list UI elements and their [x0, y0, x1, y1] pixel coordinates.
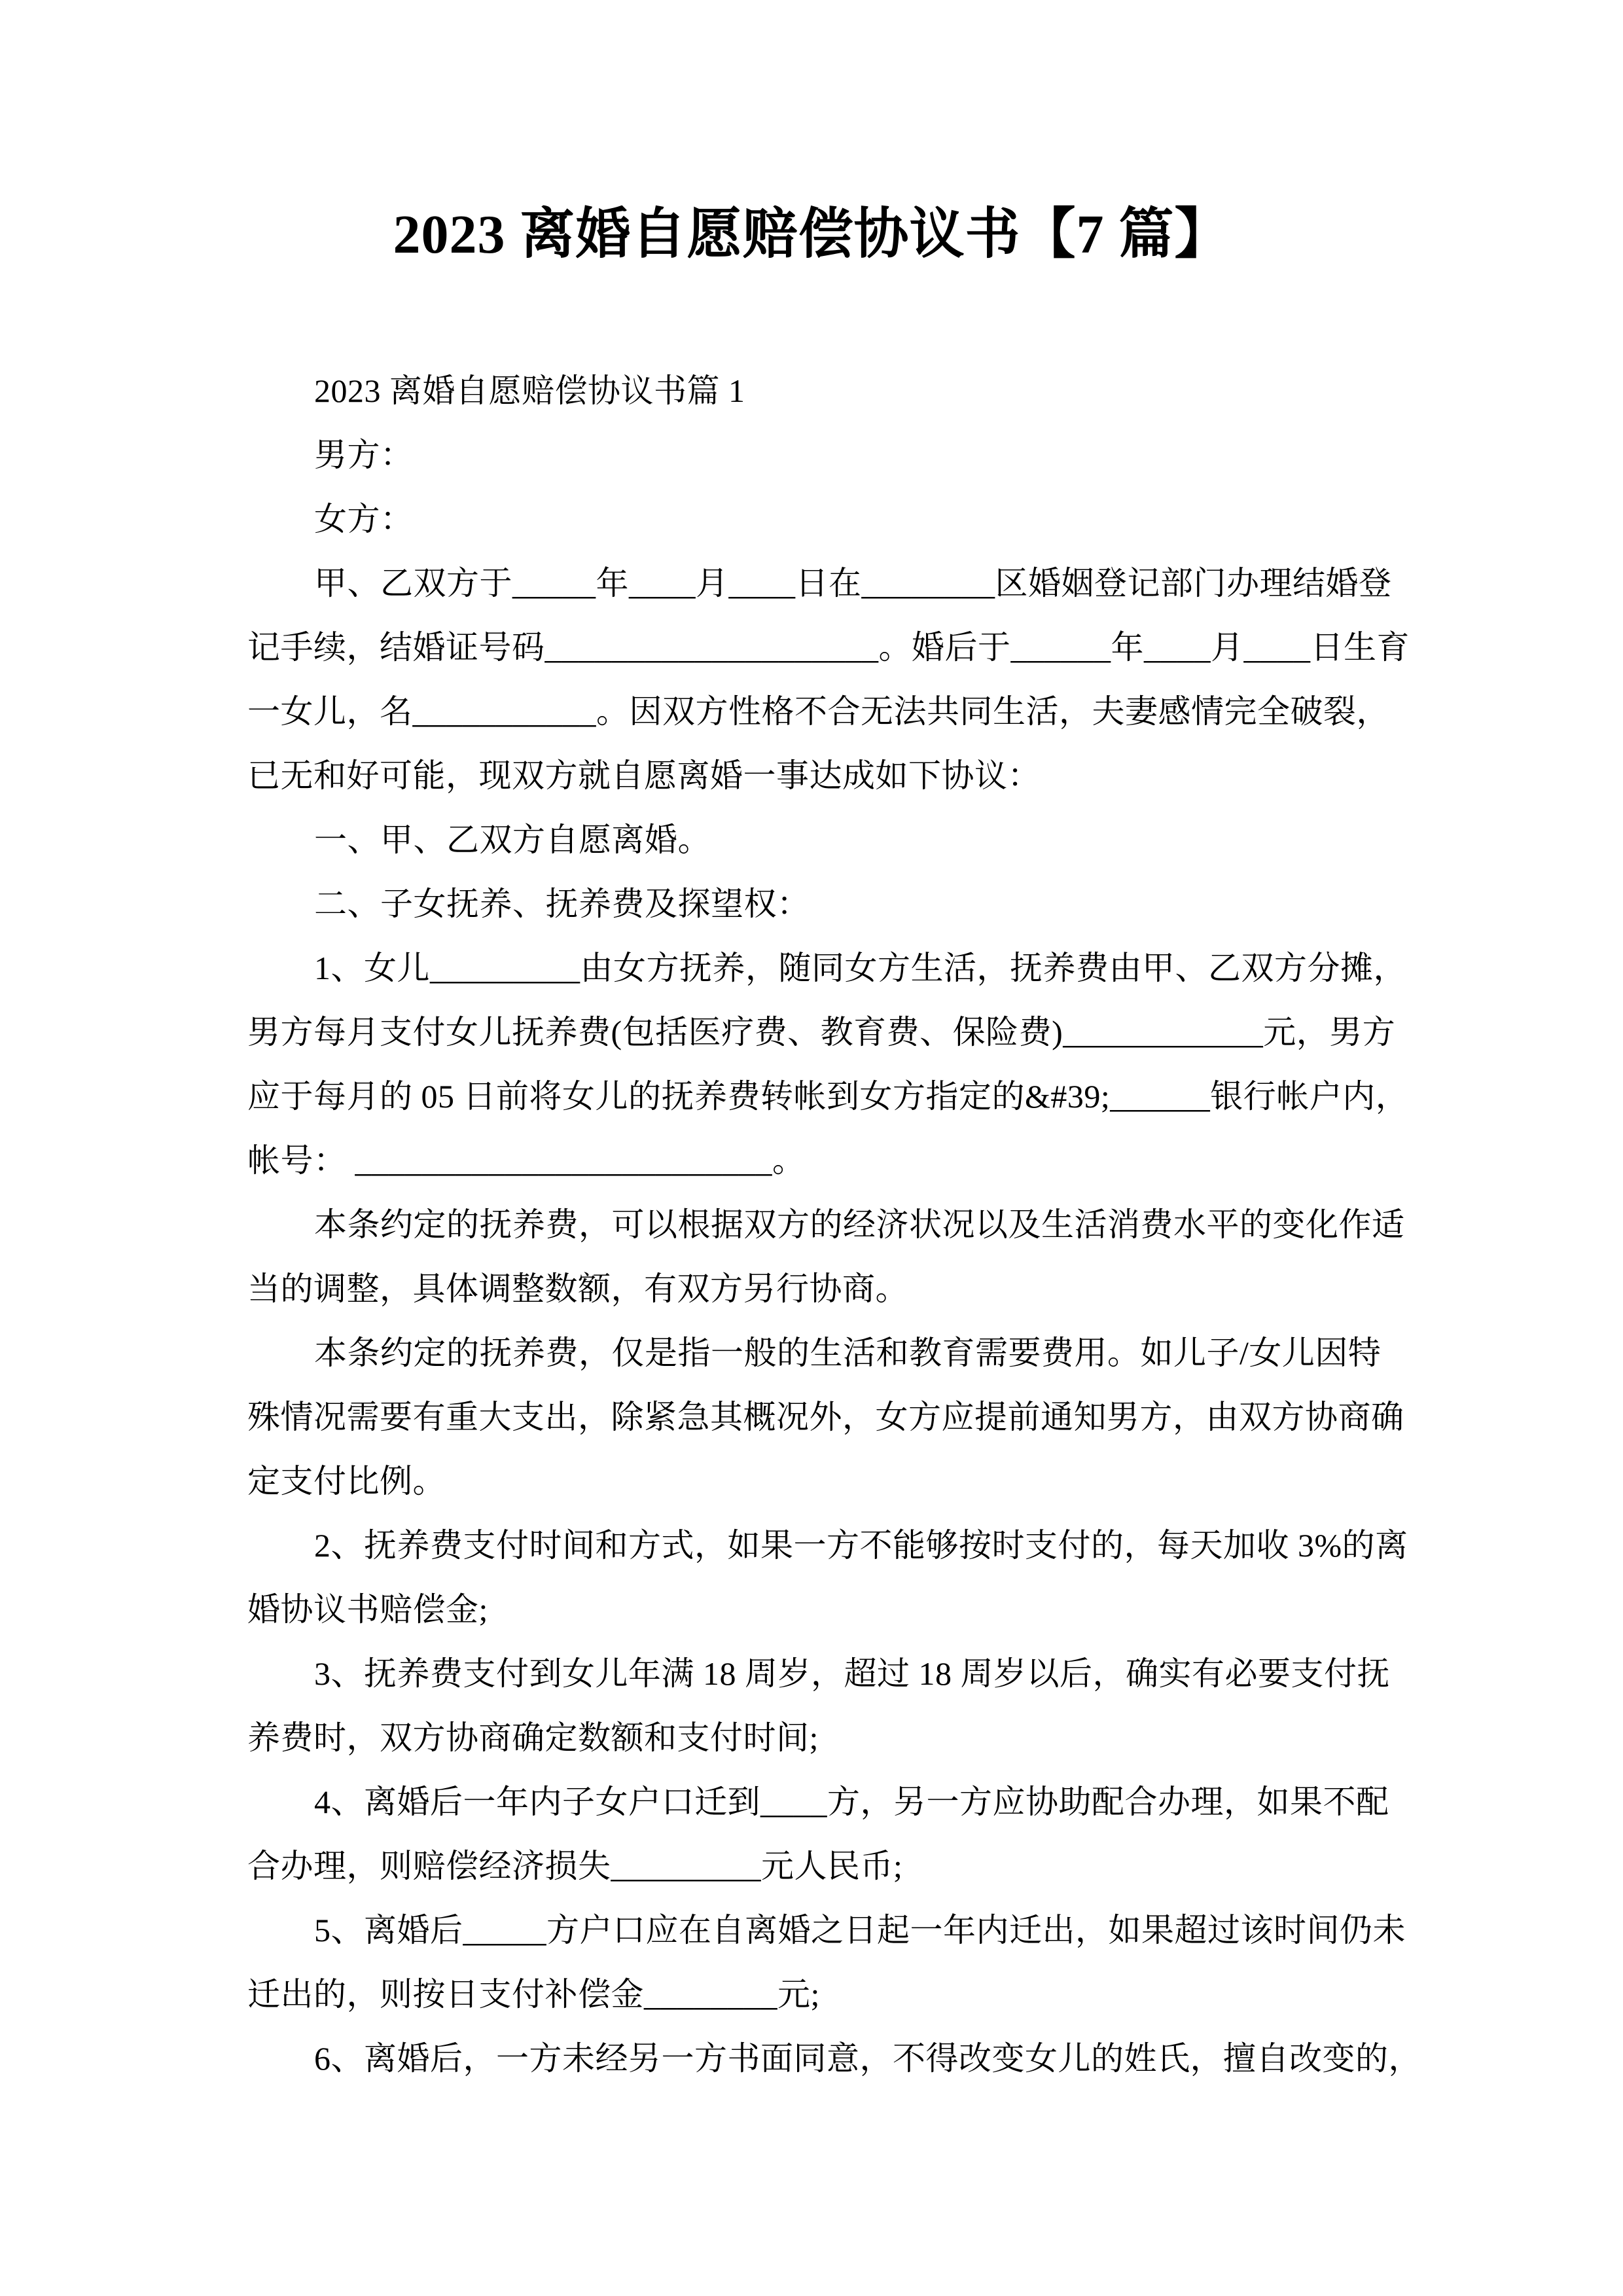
text-line: 1、女儿_________由女方抚养，随同女方生活，抚养费由甲、乙双方分摊， — [247, 936, 1404, 1000]
text-line: 2、抚养费支付时间和方式，如果一方不能够按时支付的，每天加收 3%的离 — [247, 1513, 1404, 1577]
document-title: 2023 离婚自愿赔偿协议书【7 篇】 — [0, 200, 1623, 269]
text-line: 本条约定的抚养费，仅是指一般的生活和教育需要费用。如儿子/女儿因特 — [247, 1321, 1404, 1385]
document-page: 2023 离婚自愿赔偿协议书【7 篇】 2023 离婚自愿赔偿协议书篇 1 男方… — [0, 0, 1623, 2296]
text-line: 二、子女抚养、抚养费及探望权： — [247, 872, 1404, 936]
text-line: 记手续，结婚证号码____________________。婚后于______年… — [247, 615, 1404, 679]
text-line: 一、甲、乙双方自愿离婚。 — [247, 808, 1404, 872]
text-line: 男方每月支付女儿抚养费(包括医疗费、教育费、保险费)____________元，… — [247, 1000, 1404, 1064]
text-line: 帐号： _________________________。 — [247, 1128, 1404, 1193]
text-line: 2023 离婚自愿赔偿协议书篇 1 — [247, 359, 1404, 423]
text-line: 一女儿，名___________。因双方性格不合无法共同生活，夫妻感情完全破裂， — [247, 679, 1404, 744]
text-line: 男方： — [247, 423, 1404, 487]
text-line: 当的调整，具体调整数额，有双方另行协商。 — [247, 1257, 1404, 1321]
text-line: 殊情况需要有重大支出，除紧急其概况外，女方应提前通知男方，由双方协商确 — [247, 1385, 1404, 1449]
document-body: 2023 离婚自愿赔偿协议书篇 1 男方： 女方： 甲、乙双方于_____年__… — [247, 359, 1404, 2090]
text-line: 4、离婚后一年内子女户口迁到____方，另一方应协助配合办理，如果不配 — [247, 1770, 1404, 1834]
text-line: 养费时，双方协商确定数额和支付时间; — [247, 1706, 1404, 1770]
text-line: 3、抚养费支付到女儿年满 18 周岁，超过 18 周岁以后，确实有必要支付抚 — [247, 1641, 1404, 1706]
text-line: 本条约定的抚养费，可以根据双方的经济状况以及生活消费水平的变化作适 — [247, 1193, 1404, 1257]
text-line: 女方： — [247, 487, 1404, 551]
text-line: 甲、乙双方于_____年____月____日在________区婚姻登记部门办理… — [247, 551, 1404, 615]
text-line: 5、离婚后_____方户口应在自离婚之日起一年内迁出，如果超过该时间仍未 — [247, 1898, 1404, 1962]
text-line: 合办理，则赔偿经济损失_________元人民币; — [247, 1834, 1404, 1898]
text-line: 定支付比例。 — [247, 1449, 1404, 1513]
text-line: 已无和好可能，现双方就自愿离婚一事达成如下协议： — [247, 744, 1404, 808]
text-line: 6、离婚后，一方未经另一方书面同意，不得改变女儿的姓氏，擅自改变的， — [247, 2026, 1404, 2090]
text-line: 婚协议书赔偿金; — [247, 1577, 1404, 1641]
text-line: 迁出的，则按日支付补偿金________元; — [247, 1962, 1404, 2026]
text-line: 应于每月的 05 日前将女儿的抚养费转帐到女方指定的&#39;______银行帐… — [247, 1064, 1404, 1128]
